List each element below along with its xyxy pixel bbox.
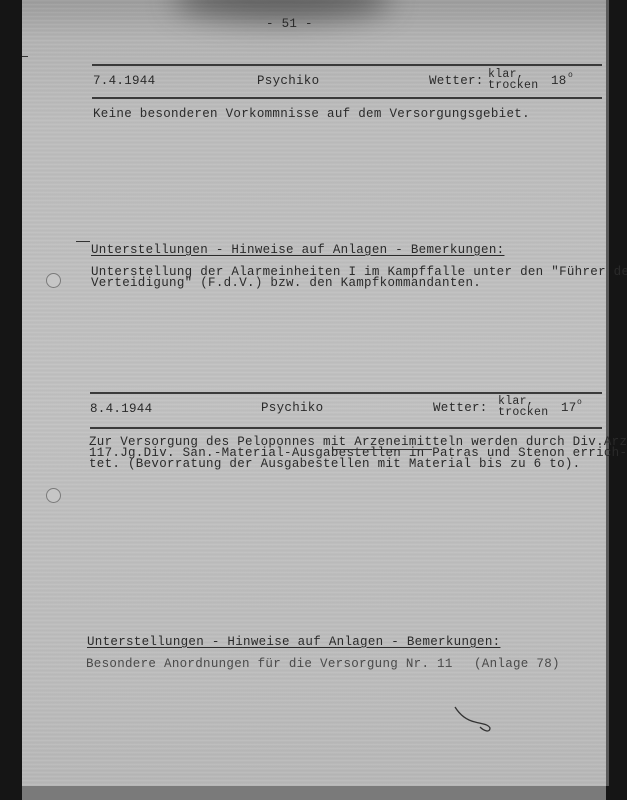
entry-header-top-rule <box>92 64 602 66</box>
notes-heading: Unterstellungen - Hinweise auf Anlagen -… <box>87 636 500 648</box>
temperature: 18 <box>551 75 567 87</box>
entry-place: Psychiko <box>257 75 319 87</box>
punch-hole <box>46 488 61 503</box>
notes-line: Verteidigung" (F.d.V.) bzw. den Kampfkom… <box>91 277 481 289</box>
punch-hole <box>46 273 61 288</box>
weather-label: Wetter: <box>433 402 488 414</box>
entry-header-bottom-rule <box>92 97 602 99</box>
entry-header-bottom-rule <box>90 427 602 429</box>
temperature: 17 <box>561 402 577 414</box>
weather-label: Wetter: <box>429 75 484 87</box>
notes-text: Besondere Anordnungen für die Versorgung… <box>86 658 453 670</box>
page-bottom-edge <box>22 786 606 800</box>
weather-condition-2: trocken <box>498 408 548 418</box>
margin-tick <box>22 56 28 57</box>
weather-condition-2: trocken <box>488 81 538 91</box>
entry-date: 7.4.1944 <box>93 75 155 87</box>
degree-symbol: o <box>577 397 582 409</box>
page-number: - 51 - <box>266 18 313 30</box>
entry-header-top-rule <box>90 392 602 394</box>
notes-heading: Unterstellungen - Hinweise auf Anlagen -… <box>91 244 504 256</box>
emphasis-underline <box>333 449 432 450</box>
margin-tick <box>76 241 90 242</box>
entry-place: Psychiko <box>261 402 323 414</box>
entry-date: 8.4.1944 <box>90 403 152 415</box>
entry-body-line: Keine besonderen Vorkommnisse auf dem Ve… <box>93 108 530 120</box>
entry-body-line: tet. (Bevorratung der Ausgabestellen mit… <box>89 458 580 470</box>
degree-symbol: o <box>568 70 573 82</box>
annex-reference: (Anlage 78) <box>474 658 560 670</box>
signature-mark <box>450 700 500 740</box>
